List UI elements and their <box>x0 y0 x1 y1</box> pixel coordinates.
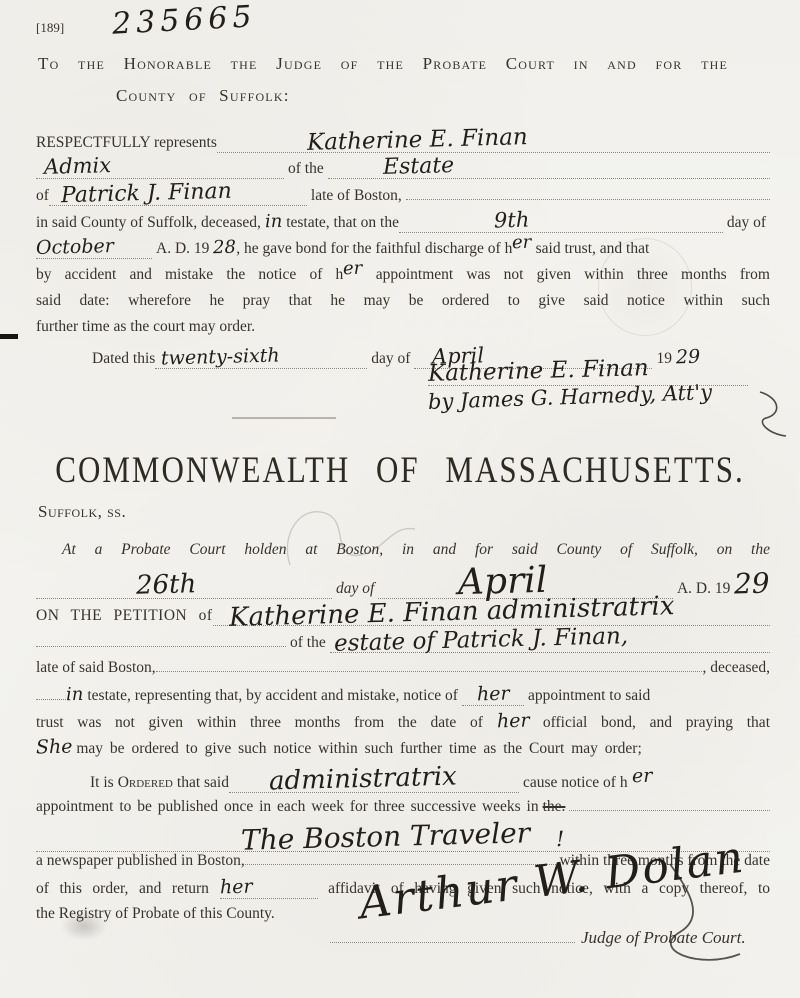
on-petition-line: ON THE PETITION of Katherine E. Finan ad… <box>36 601 770 631</box>
ordered-label: Ordered <box>114 774 177 792</box>
trust-text-a: trust was not given within three months … <box>36 714 483 731</box>
body-text-1a: by accident and mistake the notice of h <box>36 266 343 283</box>
she-handwritten: She <box>36 739 73 756</box>
margin-reference: [189] <box>36 20 64 36</box>
her-handwritten-3: her <box>219 879 252 896</box>
cause-notice-text: cause notice of h <box>519 774 632 792</box>
decree-ad-label: A. D. 19 <box>673 580 734 598</box>
appointment-to-said-text: appointment to said <box>524 687 654 705</box>
decedent-blank: Patrick J. Finan <box>49 185 307 206</box>
empty-blank-1 <box>406 199 770 200</box>
dated-day-blank: twenty-sixth <box>155 349 367 369</box>
petitioner-signature: Katherine E. Finan <box>428 359 649 384</box>
estate-blank: Estate <box>328 158 770 179</box>
er-overwrite-2: er <box>343 261 363 277</box>
decree-petitioner-blank: Katherine E. Finan administratrix <box>213 601 770 626</box>
late-of-blank <box>156 671 703 672</box>
attorney-signature: by James G. Harnedy, Att'y <box>428 384 713 412</box>
testate-line: in testate, representing that, by accide… <box>36 686 770 713</box>
testate-representing-text: testate, representing that, by accident … <box>83 687 462 705</box>
publish-blank <box>569 810 770 811</box>
form-line-bond: October A. D. 19 28 , he gave bond for t… <box>36 239 770 266</box>
her-blank-1: her <box>462 686 524 706</box>
capacity-handwritten: Admix <box>44 157 112 177</box>
form-line-county: in said County of Suffolk, deceased, in … <box>36 212 770 239</box>
month-blank: October <box>36 239 152 259</box>
county-suffolk-text: in said County of Suffolk, deceased, <box>36 214 261 232</box>
petitioner-name-blank: Katherine E. Finan <box>217 131 770 153</box>
in-handwritten-1: in <box>261 214 287 230</box>
in-blank <box>36 699 66 700</box>
trust-text-b: official bond, and praying that <box>543 714 770 731</box>
er-overwrite-1: er <box>512 235 532 251</box>
decree-empty-blank <box>36 646 286 647</box>
deceased-label: , deceased, <box>702 659 770 677</box>
it-is-label: It is <box>90 774 114 792</box>
bond-text-a: , he gave bond for the faithful discharg… <box>236 240 512 258</box>
in-handwritten-2: in <box>66 687 84 703</box>
day-number-handwritten: 9th <box>494 212 530 231</box>
petitioner-name-handwritten: Katherine E. Finan <box>307 128 528 153</box>
body-text-1b: appointment was not given within three m… <box>376 266 770 283</box>
of-the-label: of the <box>284 160 328 178</box>
newspaper-published-text: a newspaper published in Boston, <box>36 852 245 870</box>
estate-handwritten: Estate <box>383 157 455 178</box>
the-struck-text: the. <box>539 798 570 816</box>
judge-signature-line <box>330 942 575 943</box>
dated-this-label: Dated this <box>92 350 155 368</box>
day-number-blank: 9th <box>399 212 723 233</box>
scan-edge-mark <box>0 334 18 339</box>
judge-title-label: Judge of Probate Court. <box>575 928 746 948</box>
that-said-label: that said <box>177 774 229 792</box>
ad-19-label: A. D. 19 <box>152 240 213 258</box>
her-blank-3: her <box>220 879 318 899</box>
decree-day-blank: 26th <box>36 574 332 599</box>
day-of-label-2: day of <box>367 350 414 368</box>
it-is-ordered-line: It is Ordered that said administratrix c… <box>36 768 770 798</box>
salutation-line-2: County of Suffolk: <box>38 86 728 106</box>
of-the-estate-line: of the estate of Patrick J. Finan, <box>36 631 770 659</box>
body-line-3: further time as the court may order. <box>36 318 770 344</box>
publish-text: appointment to be published once in each… <box>36 798 539 816</box>
stray-pen-mark: ! <box>556 831 565 849</box>
decree-day-of-label: day of <box>332 580 378 598</box>
return-text-a: of this order, and return <box>36 880 209 897</box>
docket-number-handwritten: 235665 <box>111 4 257 37</box>
late-of-said-boston: late of said Boston, <box>36 659 156 677</box>
order-request-text: may be ordered to give such notice withi… <box>76 740 641 757</box>
commonwealth-heading: COMMONWEALTH OF MASSACHUSETTS. <box>0 449 800 491</box>
day-of-label-1: day of <box>723 214 770 232</box>
decedent-name-handwritten: Patrick J. Finan <box>61 183 232 206</box>
testate-text: testate, that on the <box>286 214 399 232</box>
body-line-2: said date: wherefore he pray that he may… <box>36 292 770 318</box>
month-handwritten: October <box>36 238 114 256</box>
decree-estate-blank: estate of Patrick J. Finan, <box>330 631 770 653</box>
her-handwritten-1: her <box>476 686 509 703</box>
year-handwritten: 28 <box>213 240 236 256</box>
trust-line: trust was not given within three months … <box>36 713 770 739</box>
court-holden-line: At a Probate Court holden at Boston, in … <box>36 541 770 567</box>
respectfully-label: RESPECTFULLY represents <box>36 134 217 152</box>
form-line-decedent: of Patrick J. Finan late of Boston, <box>36 185 770 212</box>
decree-year-handwritten: 29 <box>734 572 770 597</box>
decree-estate-handwritten: estate of Patrick J. Finan, <box>334 627 629 654</box>
administratrix-blank: administratrix <box>229 768 519 793</box>
salutation-line-1: To the Honorable the Judge of the Probat… <box>38 54 728 80</box>
decree-day-handwritten: 26th <box>136 573 197 597</box>
administratrix-handwritten: administratrix <box>269 766 457 793</box>
body-line-1: by accident and mistake the notice of he… <box>36 266 770 292</box>
late-of-boston-label: late of Boston, <box>307 187 406 205</box>
stray-pencil-line <box>232 417 336 419</box>
of-label: of <box>36 187 49 205</box>
probate-document-page: [189] 235665 To the Honorable the Judge … <box>0 0 800 998</box>
capacity-blank: Admix <box>36 158 284 179</box>
suffolk-ss-label: Suffolk, ss. <box>38 502 126 522</box>
on-petition-label: ON THE PETITION of <box>36 607 213 625</box>
newspaper-handwritten: The Boston Traveler <box>241 821 531 852</box>
er-overwrite-3: er <box>631 768 652 785</box>
her-handwritten-2: her <box>496 713 529 730</box>
dated-day-handwritten: twenty-sixth <box>161 347 280 366</box>
decree-of-the-label: of the <box>286 634 330 652</box>
late-of-line: late of said Boston, , deceased, <box>36 659 770 686</box>
bond-text-b: said trust, and that <box>532 240 654 258</box>
